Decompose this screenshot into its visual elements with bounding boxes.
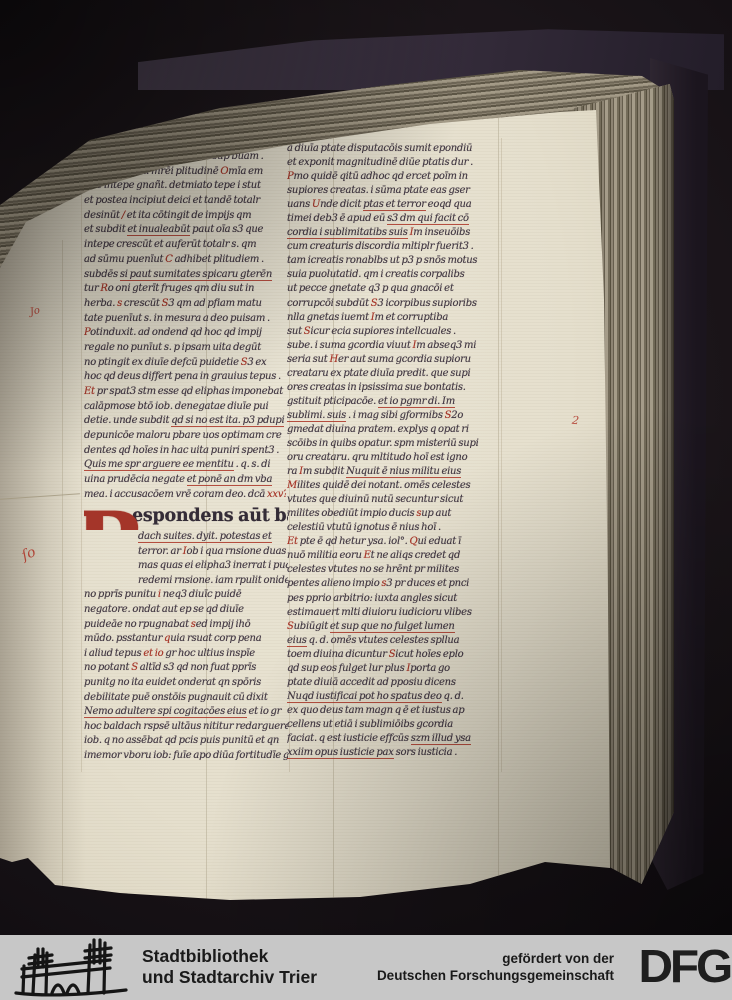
manuscript-line: celestes vtutes no se hrēnt pr milites (287, 563, 499, 577)
stadtbibliothek-trier-logo (12, 937, 134, 999)
manuscript-line: ut pecce gnetate q3 p qua gnacōi et (287, 282, 499, 296)
manuscript-line: hoc qd deus differt pena in grauius tepu… (84, 370, 286, 385)
manuscript-line: redemi rnsione. iam rpulit onides se (84, 574, 288, 589)
manuscript-line: subdēs si paut sumitates spicaru gterēn (84, 268, 286, 283)
manuscript-line: cordia i sublimitatibs suis Im inseuōibs (287, 226, 499, 240)
chapter-heading-text: espondens aūt bal (132, 506, 288, 526)
text-column-left-lower: R espondens aūt bal dach suites. dyit. p… (84, 503, 288, 764)
manuscript-line: tam icreatis ronablbs ut p3 p snōs motus (287, 254, 499, 268)
manuscript-line: vtutes que diuinū nutū secuntur sicut (287, 493, 499, 507)
page-crease (206, 115, 207, 905)
manuscript-line: Milites quidē dei notant. omēs celestes (287, 479, 499, 493)
page-crease (333, 115, 334, 905)
manuscript-line: eius q. d. omēs vtutes celestes spllua (287, 634, 499, 648)
page-crease (62, 240, 63, 890)
manuscript-line: estimauert mlti diuioru iudicioru vlibes (287, 606, 499, 620)
manuscript-line: suia puolutatid. qm i creatis corpalibs (287, 268, 499, 282)
manuscript-line: ra Im subdit Nuquit ē nius militu eius (287, 465, 499, 479)
manuscript-line: terror. ar Iob i qua rnsione duas calūp (84, 545, 288, 560)
rubricated-initial: R (84, 503, 147, 530)
page-gutter-shadow (0, 100, 86, 920)
manuscript-line: dentes qd hoīes in hac uita puniri spent… (84, 444, 286, 459)
manuscript-line: calāpmose btō iob. denegatae diuīe pui (84, 400, 286, 415)
marginal-mark-lower: ſo (19, 544, 38, 564)
book-cover-right-edge (650, 58, 708, 890)
manuscript-line: a diuīa ptate disputacōis sumit epondiū (287, 142, 499, 156)
manuscript-line: sublimi. suis . i mag sibi gformibs S2o (287, 409, 499, 423)
book-photo: 57 s. finalr quia abañt dei ma i sup bua… (0, 0, 732, 935)
manuscript-line: faciat. q est iusticie effcūs szm illud … (287, 732, 499, 746)
manuscript-line: desinūt / et ita cōtingit de impijs qm (84, 209, 286, 224)
library-name-line1: Stadtbibliothek (142, 946, 317, 967)
manuscript-line: xxiim opus iusticie pax sors iusticia . (287, 746, 499, 760)
manuscript-line: debilitate puē onstōis pugnauit cū dixit (84, 691, 288, 706)
manuscript-line: nlla gnetas iuemt Im et corruptiba (287, 311, 499, 325)
manuscript-line: que intepe gnañt. detmiato tepe i stut (84, 179, 286, 194)
chapter-heading: R espondens aūt bal (84, 503, 288, 530)
manuscript-line: et postea incipiut deici et tandē totalr (84, 194, 286, 209)
manuscript-line: gmedat diuina pratem. explys q opat ri (287, 423, 499, 437)
manuscript-line: Potinduxit. ad ondend qd hoc qd impij (84, 326, 286, 341)
text-column-left-upper: s. finalr quia abañt dei ma i sup buam .… (84, 150, 286, 503)
manuscript-line: Nuqd iustificai pot ho spatus deo q. d. (287, 690, 499, 704)
fore-edge-mark: 2 (571, 414, 579, 428)
manuscript-line: pentes alieno impio s3 pr duces et pnci (287, 577, 499, 591)
page-crack (0, 493, 80, 500)
manuscript-line: pes pprio arbitrio: iuxta angles sicut (287, 592, 499, 606)
manuscript-line: et subdit et inualeabūt paut oīa s3 que (84, 223, 286, 238)
manuscript-line: supiores creatas. i sūma ptate eas gser (287, 184, 499, 198)
manuscript-line: ores creatas in ipsissima sue bontatis. (287, 381, 499, 395)
manuscript-page: 57 s. finalr quia abañt dei ma i sup bua… (0, 0, 622, 935)
column-ruling-line (289, 138, 290, 772)
library-name-line2: und Stadtarchiv Trier (142, 967, 317, 988)
manuscript-line: hoc baldach rspsē ultāus nititur redargu… (84, 720, 288, 735)
manuscript-line: puideāe no rpugnabat sed impij ihō (84, 618, 288, 633)
manuscript-line: uina prudēcia negate et ponē an dm vba (84, 473, 286, 488)
manuscript-line: milites obediūt impio ducis sup aut (287, 507, 499, 521)
column-ruling-line (501, 138, 502, 772)
manuscript-line: ad sūmu puenīut C adhibet plitudiem . (84, 253, 286, 268)
library-name: Stadtbibliothek und Stadtarchiv Trier (142, 946, 317, 988)
funding-credit: gefördert von der Deutschen Forschungsge… (377, 950, 614, 984)
manuscript-line: sut Sicur ecia supiores intellcuales . (287, 325, 499, 339)
manuscript-line: no pprīs punitu i neq3 diuīc puidē (84, 588, 288, 603)
manuscript-line: mea. i accusacōem vrē coram deo. dcā xxv… (84, 488, 286, 503)
manuscript-line: dach suites. dyit. potestas et (84, 530, 288, 545)
manuscript-line: depunicōe maloru pbare uos optimam cre (84, 429, 286, 444)
manuscript-line: regale no punīut s. p ipsam uita degūt (84, 341, 286, 356)
manuscript-line: tur Ro oni gterīt fruges qm diu sut in (84, 282, 286, 297)
manuscript-line: qd sup eos fulget lur plus Iporta go (287, 662, 499, 676)
manuscript-line: no ptingit ex diuīe defcū puidetie S3 ex (84, 356, 286, 371)
manuscript-line: cum creaturis discordia mltiplr fuerit3 … (287, 240, 499, 254)
manuscript-line: mūdo. psstantur quia rsuat corp pena (84, 632, 288, 647)
page-crease (498, 115, 499, 895)
manuscript-line: imemor vboru iob: fuīe apo diūa fortitud… (84, 749, 288, 764)
footer-banner: Stadtbibliothek und Stadtarchiv Trier ge… (0, 935, 732, 1000)
manuscript-line: Pmo quidē qitū adhoc qd ercet poīm in (287, 170, 499, 184)
manuscript-line: nuō militia eoru Et ne aliqs credet qd (287, 549, 499, 563)
manuscript-line: mas quas ei elipha3 inerrat i pua rn (84, 559, 288, 574)
folio-number: 57 (515, 93, 541, 114)
funding-line2: Deutschen Forschungsgemeinschaft (377, 967, 614, 984)
manuscript-line: celestiū vtutū ignotus ē nius hoī . (287, 521, 499, 535)
manuscript-line: negatore. ondat aut ep se qd diuīe (84, 603, 288, 618)
manuscript-line: Et pte ē qd hetur ysa. iol°. Qui eduat ī (287, 535, 499, 549)
funding-line1: gefördert von der (377, 950, 614, 967)
manuscript-line: ptate diuiā accedit ad pposiu dicens (287, 676, 499, 690)
manuscript-line: Quis me spr arguere ee mentitu . q. s. d… (84, 458, 286, 473)
manuscript-line: Et pr spat3 stm esse qd eliphas imponeba… (84, 385, 286, 400)
manuscript-line: no potant S altīd s3 qd non fuat pprīs (84, 661, 288, 676)
dfg-logo: DFG (638, 939, 730, 993)
marginal-mark-upper: Jo (29, 305, 41, 318)
manuscript-line: ex quo deus tam magn q ē et iustus ap (287, 704, 499, 718)
manuscript-line: Subiūgit et sup que no fulget lumen (287, 620, 499, 634)
text-column-right: a diuīa ptate disputacōis sumit epondiūe… (287, 142, 499, 760)
manuscript-line: punitg no ita euidet onderat qn spōris (84, 676, 288, 691)
manuscript-line: creataru ex ptate diuīa predit. que supi (287, 367, 499, 381)
manuscript-line: intepe crescūt et auferūt totalr s. qm (84, 238, 286, 253)
manuscript-line: i aliud tepus et io gr hoc ultius inspīe (84, 647, 288, 662)
manuscript-line: gstituit pticipacōe. et io pgmr di. Im (287, 395, 499, 409)
manuscript-line: toem diuina dicuntur Sicut hoīes eplo (287, 648, 499, 662)
column-ruling-line (81, 138, 82, 772)
manuscript-line: tate puenīut s. in mesura a deo puisam . (84, 312, 286, 327)
manuscript-line: iob. q no assēbat qd pcis puis punitū et… (84, 734, 288, 749)
manuscript-line: detie. unde subdit qd si no est ita. p3 … (84, 414, 286, 429)
book-fore-edge (566, 84, 674, 884)
manuscript-line: s. finalr quia abañt dei ma i sup buam . (84, 150, 286, 165)
manuscript-line: sube. i suma gcordia viuut Im abseq3 mi (287, 339, 499, 353)
manuscript-line: et exponit magnitudinē diūe ptatis dur . (287, 156, 499, 170)
manuscript-line: et adhibet hui mrēi plitudinē Omīa em (84, 165, 286, 180)
manuscript-line: cellens ut etiā i sublimiōibs gcordia (287, 718, 499, 732)
manuscript-line: Nemo adultere spi cogitacōes eius et io … (84, 705, 288, 720)
manuscript-line: herba. s crescūt S3 qm ad pfiam matu (84, 297, 286, 312)
manuscript-line: seria sut Her aut suma gcordia supioru (287, 353, 499, 367)
manuscript-line: timei deb3 ē apud eū s3 dm qui facit cō (287, 212, 499, 226)
book-top-page-edges (0, 0, 680, 300)
book-cover-top-edge (138, 28, 724, 90)
manuscript-line: scōibs in quibs opatur. spm misteriū sup… (287, 437, 499, 451)
manuscript-line: corrupcōi subdūt S3 icorpibus supioribs (287, 297, 499, 311)
manuscript-line: uans Unde dicit ptas et terror eoqd qua (287, 198, 499, 212)
manuscript-line: oru creataru. qru mltitudo hoī est igno (287, 451, 499, 465)
